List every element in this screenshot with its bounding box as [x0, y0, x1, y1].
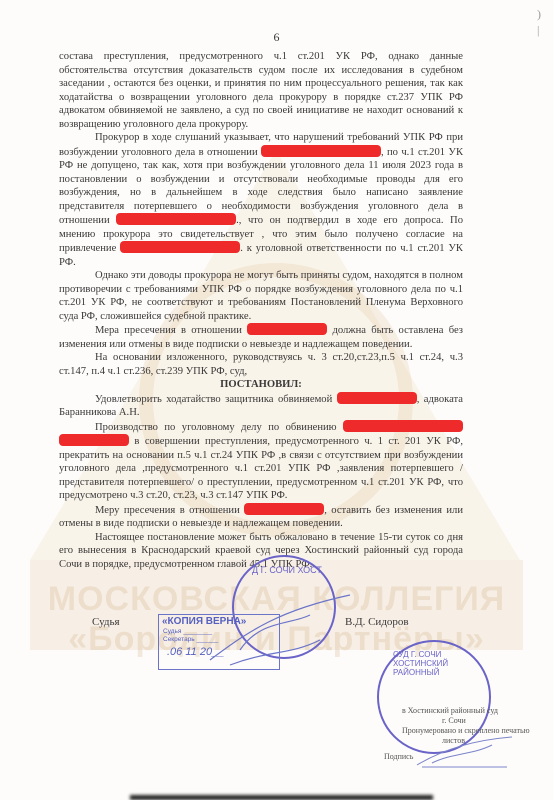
page-number: 6	[0, 30, 553, 45]
signature-scribble-icon	[200, 590, 360, 670]
scan-edge	[130, 795, 433, 800]
redaction-bar	[337, 392, 417, 404]
redaction-bar	[116, 213, 236, 225]
signature-role: Судья	[92, 616, 120, 628]
ruling-heading: ПОСТАНОВИЛ:	[59, 378, 463, 392]
redaction-bar	[120, 241, 240, 253]
redaction-bar	[244, 503, 324, 515]
paragraph-prosecutor: Прокурор в ходе слушаний указывает, что …	[59, 131, 463, 269]
paragraph-1: состава преступления, предусмотренного ч…	[59, 50, 463, 131]
document-body: состава преступления, предусмотренного ч…	[59, 50, 463, 571]
paragraph-terminate: Производство по уголовному делу по обвин…	[59, 420, 463, 503]
paragraph-basis: На основании изложенного, руководствуясь…	[59, 351, 463, 378]
paragraph-satisfy: Удовлетворить ходатайство защитника обви…	[59, 392, 463, 420]
signature-label: Подпись	[384, 752, 413, 761]
redaction-bar	[59, 434, 129, 446]
paragraph-measure: Мера пресечения в отношении должна быть …	[59, 323, 463, 351]
redaction-bar	[247, 323, 327, 335]
paragraph-however: Однако эти доводы прокурора не могут быт…	[59, 269, 463, 323]
cert-signature-icon	[412, 735, 522, 770]
paragraph-measure-keep: Меру пресечения в отношении , оставить б…	[59, 503, 463, 531]
redaction-bar	[343, 420, 463, 432]
document-page: МОСКОВСКАЯ КОЛЛЕГИЯ «Бородин и Партнёры»…	[0, 0, 553, 800]
redaction-bar	[261, 145, 381, 157]
